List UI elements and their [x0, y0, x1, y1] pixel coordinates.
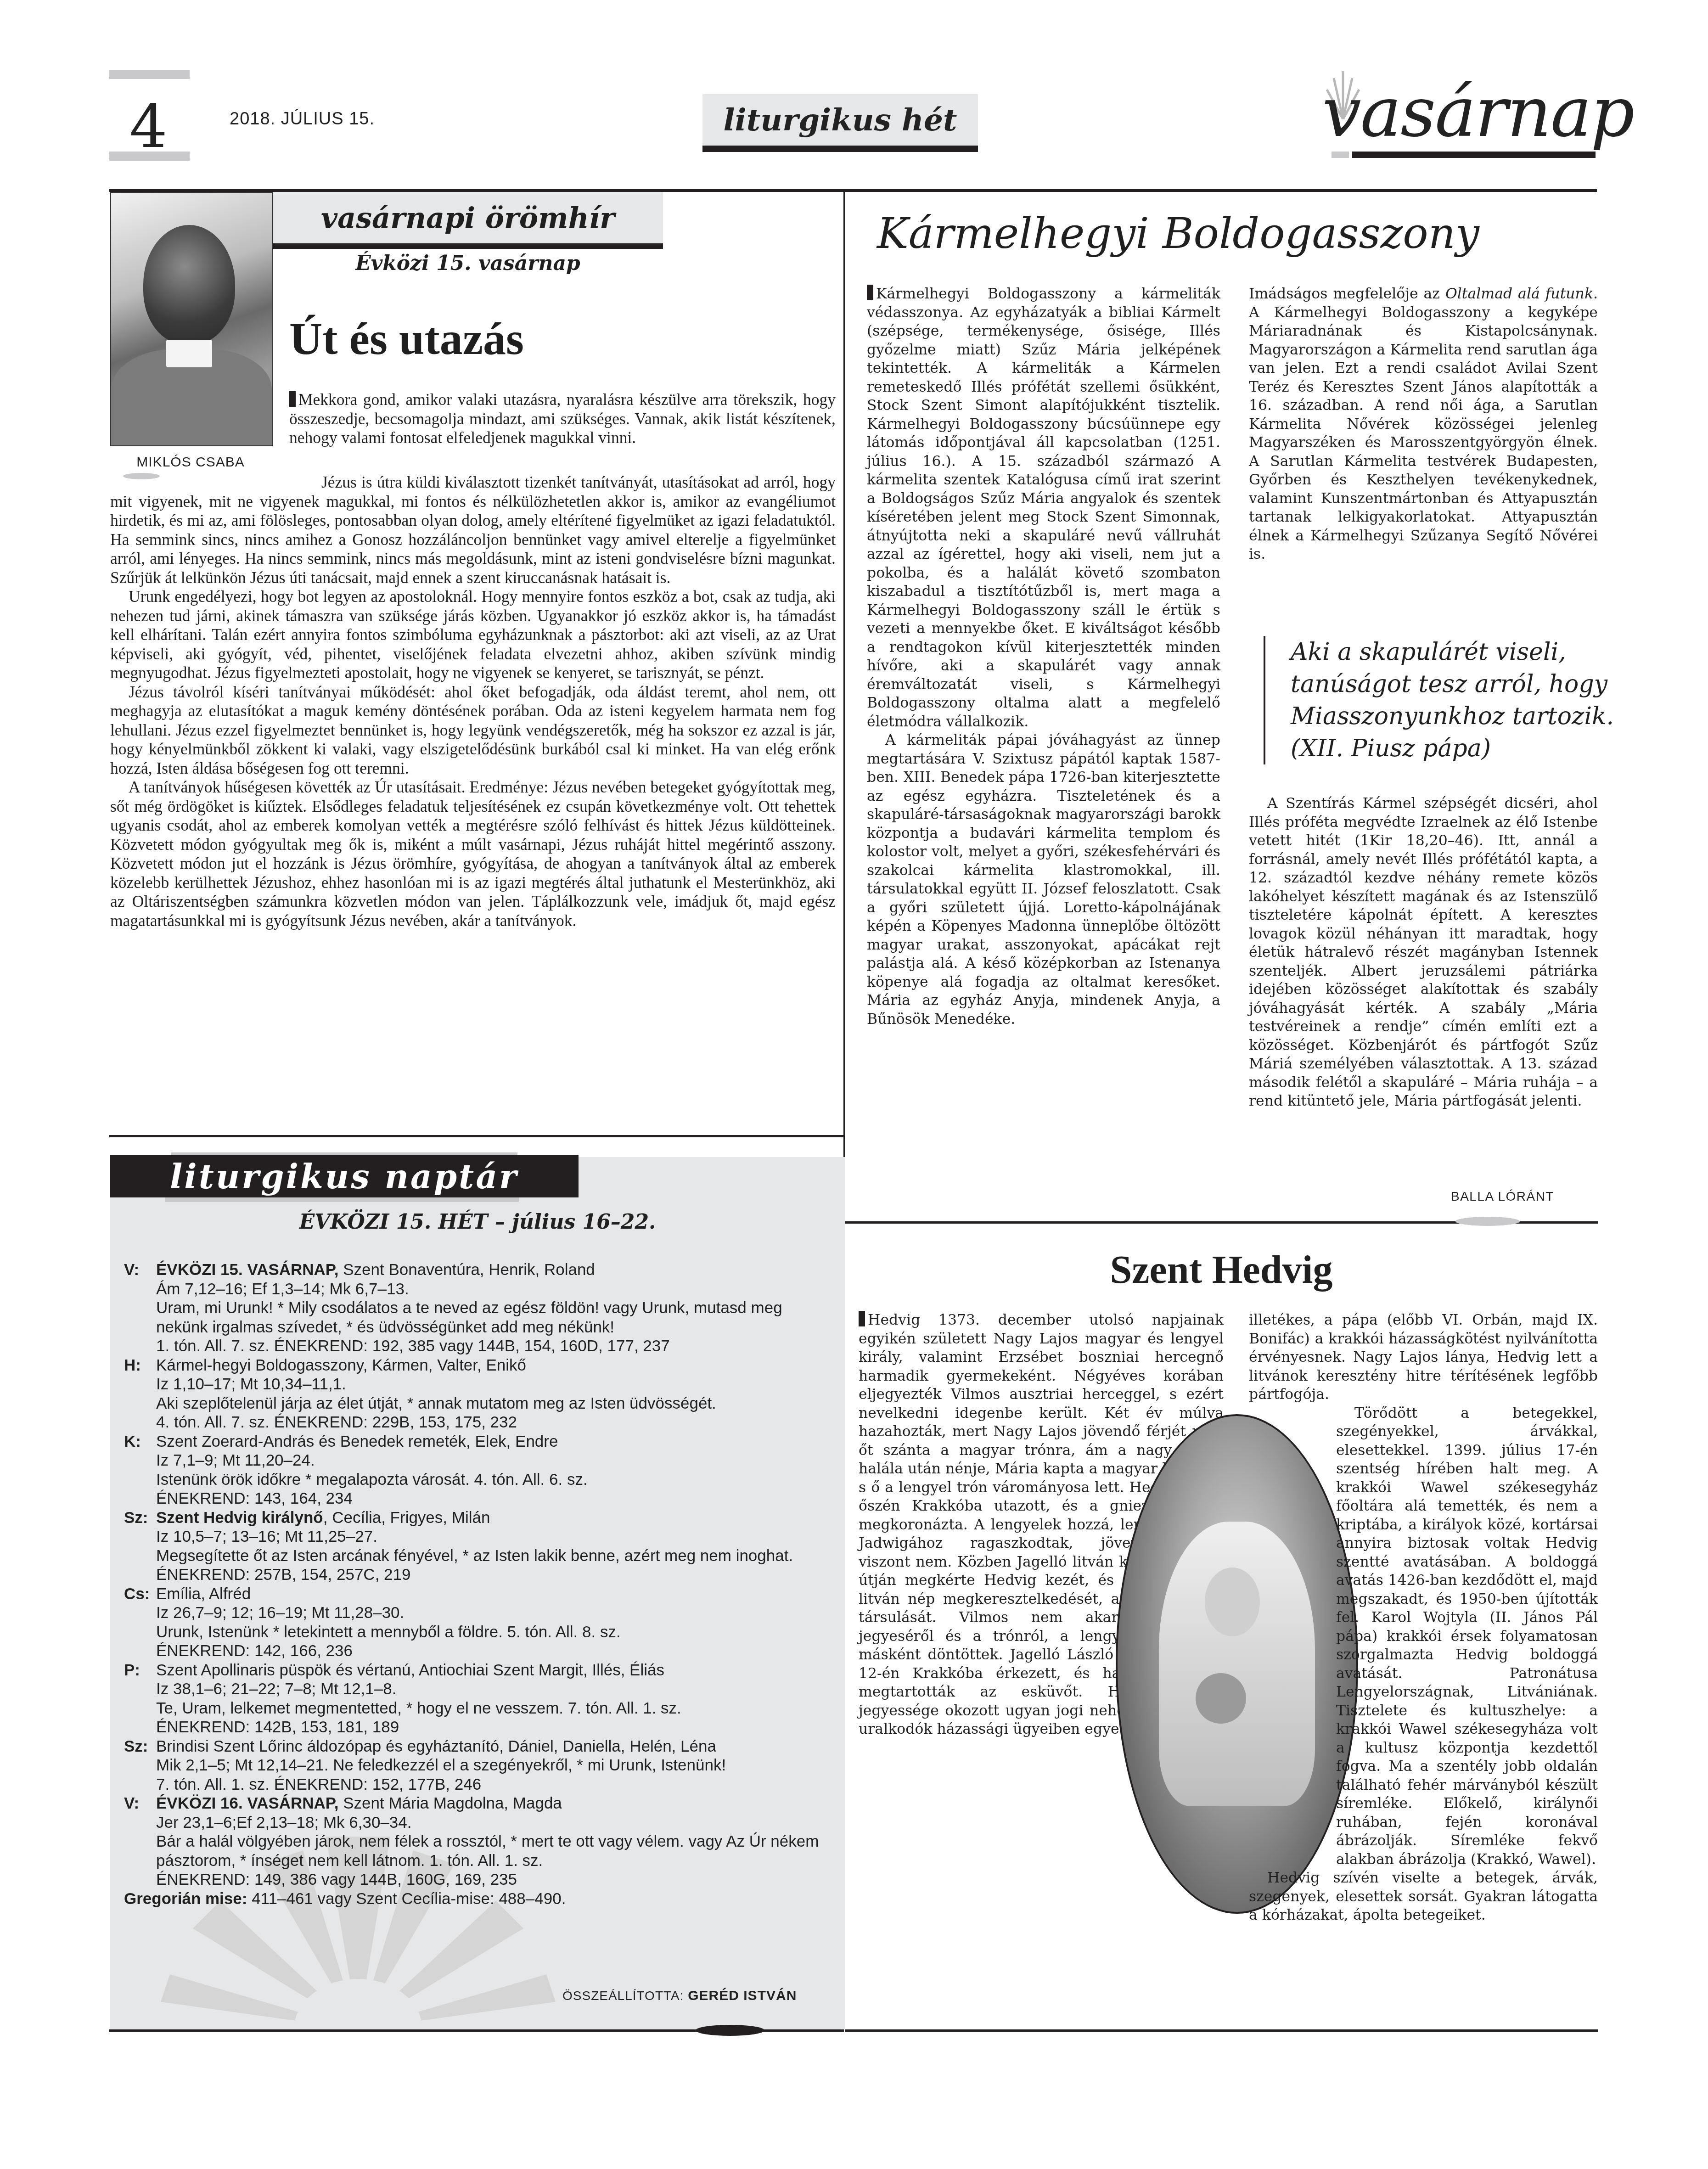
calendar-tag: liturgikus naptár: [110, 1155, 579, 1197]
sermon-kicker: vasárnapi örömhír: [273, 192, 663, 249]
paragraph: A Szentírás Kármel szépségét dicséri, ah…: [1249, 794, 1598, 1111]
page-number: 4: [129, 96, 168, 156]
calendar-entry: V: ÉVKÖZI 16. VASÁRNAP, Szent Mária Magd…: [124, 1794, 831, 1889]
image-child: [1196, 1673, 1246, 1724]
feast-names: Szent Zoerard-András és Benedek remeték,…: [156, 1432, 831, 1451]
paragraph: illetékes, a pápa (előbb VI. Orbán, majd…: [1249, 1311, 1598, 1404]
paragraph: Jézus is útra küldi kiválasztott tizenké…: [110, 473, 836, 587]
feast-names: Kármel-hegyi Boldogasszony, Kármen, Valt…: [156, 1356, 831, 1375]
calendar-day: V:: [124, 1794, 156, 1889]
paragraph: A kármeliták pápai jóváhagyást az ünnep …: [867, 731, 1220, 1028]
page-number-bar-top: [109, 70, 190, 79]
readings: Iz 10,5–7; 13–16; Mt 11,25–27.: [156, 1527, 831, 1546]
carmel-col-1: Kármelhegyi Boldogasszony a kármeliták v…: [867, 285, 1220, 1028]
carmel-title: Kármelhegyi Boldogasszony: [877, 209, 1479, 258]
credit-name: GERÉD ISTVÁN: [688, 1988, 797, 2003]
calendar-list: V: ÉVKÖZI 15. VASÁRNAP, Szent Bonaventúr…: [124, 1260, 831, 1908]
paragraph: A tanítványok hűségesen követték az Úr u…: [110, 778, 836, 930]
calendar-entry: Sz: Szent Hedvig királynő, Cecília, Frig…: [124, 1508, 831, 1585]
antiphon: Urunk, Istenünk * letekintett a mennyből…: [156, 1623, 831, 1642]
calendar-entry: K: Szent Zoerard-András és Benedek remet…: [124, 1432, 831, 1508]
calendar-day: H:: [124, 1356, 156, 1432]
calendar-entry: V: ÉVKÖZI 15. VASÁRNAP, Szent Bonaventúr…: [124, 1260, 831, 1356]
readings: Iz 1,10–17; Mt 10,34–11,1.: [156, 1375, 831, 1394]
hymns: 7. tón. All. 1. sz. ÉNEKREND: 152, 177B,…: [156, 1775, 831, 1794]
calendar-day: Cs:: [124, 1585, 156, 1661]
carmel-col-2: Imádságos megfelelője az Oltalmad alá fu…: [1249, 285, 1598, 564]
calendar-entry: H: Kármel-hegyi Boldogasszony, Kármen, V…: [124, 1356, 831, 1432]
calendar-tag-accent-bottom: [165, 1197, 519, 1202]
antiphon: Aki szeplőtelenül járja az élet útját, *…: [156, 1394, 831, 1413]
feast-title: ÉVKÖZI 16. VASÁRNAP,: [156, 1794, 338, 1812]
feast-names: Szent Mária Magdolna, Magda: [338, 1794, 562, 1812]
feast-names: Brindisi Szent Lőrinc áldozópap és egyhá…: [156, 1737, 831, 1756]
antiphon: Megsegítette őt az Isten arcának fényéve…: [156, 1546, 831, 1585]
brand-rule: [1352, 152, 1596, 158]
brand-logo: vasárnap: [1322, 78, 1634, 147]
gregorian-text: 411–461 vagy Szent Cecília-mise: 488–490…: [247, 1890, 566, 1908]
calendar-day: Sz:: [124, 1737, 156, 1794]
calendar-day: Sz:: [124, 1508, 156, 1585]
paragraph: Urunk engedélyezi, hogy bot legyen az ap…: [110, 587, 836, 683]
feast-names: Szent Apollinaris püspök és vértanú, Ant…: [156, 1661, 831, 1680]
readings: Iz 7,1–9; Mt 11,20–24.: [156, 1451, 831, 1470]
readings: Ám 7,12–16; Ef 1,3–14; Mk 6,7–13.: [156, 1280, 831, 1299]
page-bottom-rule: [845, 2029, 1598, 2032]
author-photo: [110, 192, 273, 446]
readings: Iz 26,7–9; 12; 16–19; Mt 11,28–30.: [156, 1603, 831, 1623]
paragraph: Hedvig szívén viselte a betegek, árvák, …: [1249, 1869, 1598, 1925]
hymns: ÉNEKREND: 142B, 153, 181, 189: [156, 1718, 831, 1737]
rule-ornament: [1455, 1217, 1520, 1226]
lede-marker-icon: [289, 391, 296, 407]
sermon-author: MIKLÓS CSABA: [110, 455, 271, 470]
calendar-entry: P: Szent Apollinaris püspök és vértanú, …: [124, 1661, 831, 1737]
calendar-day: P:: [124, 1661, 156, 1737]
calendar-day: K:: [124, 1432, 156, 1508]
issue-date: 2018. JÚLIUS 15.: [230, 109, 375, 129]
calendar-entry: Sz: Brindisi Szent Lőrinc áldozópap és e…: [124, 1737, 831, 1794]
calendar-entry: Cs: Emília, Alfréd Iz 26,7–9; 12; 16–19;…: [124, 1585, 831, 1661]
calendar-day: V:: [124, 1260, 156, 1356]
feast-names: Szent Bonaventúra, Henrik, Roland: [338, 1261, 595, 1279]
readings: Iz 38,1–6; 21–22; 7–8; Mt 12,1–8.: [156, 1680, 831, 1699]
gregorian-mass: Gregorián mise: 411–461 vagy Szent Cecíl…: [124, 1889, 831, 1909]
readings: Jer 23,1–6;Ef 2,13–18; Mk 6,30–34.: [156, 1813, 831, 1832]
gregorian-label: Gregorián mise:: [124, 1890, 247, 1908]
paragraph: Jézus távolról kíséri tanítványai működé…: [110, 683, 836, 778]
hedvig-title: Szent Hedvig: [845, 1247, 1598, 1292]
hymns: ÉNEKREND: 142, 166, 236: [156, 1641, 831, 1661]
readings: Mik 2,1–5; Mt 12,14–21. Ne feledkezzél e…: [156, 1756, 831, 1775]
hedvig-col-2: illetékes, a pápa (előbb VI. Orbán, majd…: [1249, 1311, 1598, 1925]
calendar-week: ÉVKÖZI 15. HÉT – július 16–22.: [110, 1210, 845, 1234]
antiphon: Istenünk örök időkre * megalapozta város…: [156, 1470, 831, 1489]
carmel-col-2-bottom: A Szentírás Kármel szépségét dicséri, ah…: [1249, 794, 1598, 1111]
feast-title: Szent Hedvig királynő: [156, 1509, 323, 1527]
feast-names: Emília, Alfréd: [156, 1585, 831, 1604]
column-divider: [843, 192, 845, 1211]
sermon-title: Út és utazás: [289, 312, 524, 365]
pull-quote: Aki a skapulárét viseli, tanúságot tesz …: [1264, 636, 1621, 764]
page-number-bar-bottom: [109, 152, 190, 161]
sermon-subkicker: Évközi 15. vasárnap: [273, 252, 663, 275]
photo-collar: [166, 340, 212, 367]
lede-marker-icon: [867, 285, 873, 300]
paragraph: Törődött a betegekkel, szegényekkel, árv…: [1249, 1404, 1598, 1869]
antiphon: Bár a halál völgyében járok, nem félek a…: [156, 1832, 831, 1870]
calendar-top-rule: [109, 1135, 844, 1137]
antiphon: Te, Uram, lelkemet megmentetted, * hogy …: [156, 1699, 831, 1718]
hymns: 4. tón. All. 7. sz. ÉNEKREND: 229B, 153,…: [156, 1413, 831, 1432]
rule-ornament: [696, 2025, 764, 2036]
calendar-credit: ÖSSZEÁLLÍTOTTA: GERÉD ISTVÁN: [562, 1988, 797, 2004]
antiphon: Uram, mi Urunk! * Mily csodálatos a te n…: [156, 1298, 831, 1337]
section-tag: liturgikus hét: [702, 94, 978, 152]
lede-marker-icon: [859, 1311, 865, 1326]
feast-names: , Cecília, Frigyes, Milán: [323, 1509, 490, 1527]
feast-title: ÉVKÖZI 15. VASÁRNAP,: [156, 1261, 338, 1279]
hymns: 1. tón. All. 7. sz. ÉNEKREND: 192, 385 v…: [156, 1337, 831, 1356]
sermon-intro: Mekkora gond, amikor valaki utazásra, ny…: [289, 390, 836, 448]
photo-head: [143, 225, 235, 344]
hymns: ÉNEKREND: 149, 386 vagy 144B, 160G, 169,…: [156, 1870, 831, 1889]
brand-rule-accent: [1332, 152, 1349, 158]
hymns: ÉNEKREND: 143, 164, 234: [156, 1489, 831, 1508]
carmel-author: BALLA LÓRÁNT: [1451, 1189, 1554, 1204]
sermon-body: Jézus is útra küldi kiválasztott tizenké…: [110, 473, 836, 930]
credit-label: ÖSSZEÁLLÍTOTTA:: [562, 1989, 684, 2003]
